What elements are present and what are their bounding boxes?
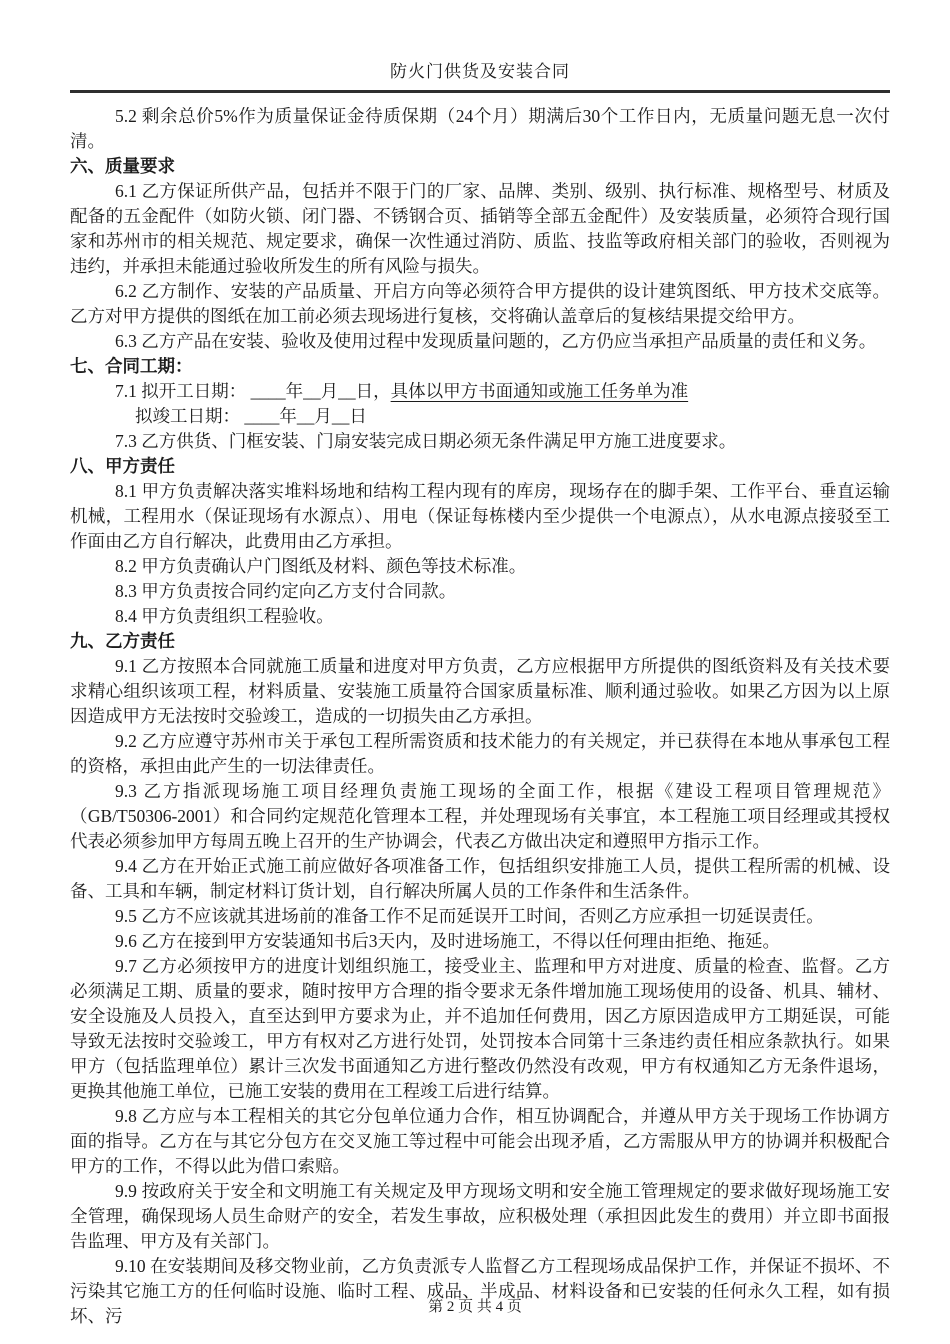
- section-heading-8: 八、甲方责任: [70, 454, 890, 479]
- text-run: 9.9 按政府关于安全和文明施工有关规定及甲方现场文明和安全施工管理规定的要求做…: [70, 1181, 890, 1251]
- contract-page: 防火门供货及安装合同 5.2 剩余总价5%作为质量保证金待质保期（24个月）期满…: [0, 0, 950, 1344]
- clause-6-1: 6.1 乙方保证所供产品，包括并不限于门的厂家、品牌、类别、级别、执行标准、规格…: [70, 179, 890, 279]
- text-run: 9.8 乙方应与本工程相关的其它分包单位通力合作，相互协调配合，并遵从甲方关于现…: [70, 1106, 890, 1176]
- clause-9-6: 9.6 乙方在接到甲方安装通知书后3天内，及时进场施工，不得以任何理由拒绝、拖延…: [70, 929, 890, 954]
- clause-6-3: 6.3 乙方产品在安装、验收及使用过程中发现质量问题的，乙方仍应当承担产品质量的…: [70, 329, 890, 354]
- text-run: 9.5 乙方不应该就其进场前的准备工作不足而延误开工时间，否则乙方应承担一切延误…: [115, 906, 824, 926]
- text-run: 6.3 乙方产品在安装、验收及使用过程中发现质量问题的，乙方仍应当承担产品质量的…: [115, 331, 876, 351]
- clause-9-9: 9.9 按政府关于安全和文明施工有关规定及甲方现场文明和安全施工管理规定的要求做…: [70, 1179, 890, 1254]
- text-run: 5.2 剩余总价5%作为质量保证金待质保期（24个月）期满后30个工作日内，无质…: [70, 106, 890, 151]
- clause-8-3: 8.3 甲方负责按合同约定向乙方支付合同款。: [70, 579, 890, 604]
- text-run: 9.7 乙方必须按甲方的进度计划组织施工，接受业主、监理和甲方对进度、质量的检查…: [70, 956, 890, 1101]
- text-run: 6.2 乙方制作、安装的产品质量、开启方向等必须符合甲方提供的设计建筑图纸、甲方…: [70, 281, 890, 326]
- text-run: 六、质量要求: [70, 156, 175, 176]
- page-content: 防火门供货及安装合同 5.2 剩余总价5%作为质量保证金待质保期（24个月）期满…: [0, 0, 950, 1329]
- text-run: 九、乙方责任: [70, 631, 175, 651]
- text-run: 9.3 乙方指派现场施工项目经理负责施工现场的全面工作，根据《建设工程项目管理规…: [70, 781, 890, 851]
- clause-7-2: 拟竣工日期： ____年__月__日: [70, 404, 890, 429]
- clause-8-2: 8.2 甲方负责确认户门图纸及材料、颜色等技术标准。: [70, 554, 890, 579]
- text-run: 拟竣工日期： ____年__月__日: [135, 406, 367, 426]
- text-run: 8.4 甲方负责组织工程验收。: [115, 606, 334, 626]
- clause-8-4: 8.4 甲方负责组织工程验收。: [70, 604, 890, 629]
- document-title: 防火门供货及安装合同: [70, 60, 890, 84]
- text-run: 6.1 乙方保证所供产品，包括并不限于门的厂家、品牌、类别、级别、执行标准、规格…: [70, 181, 890, 276]
- text-run: 8.3 甲方负责按合同约定向乙方支付合同款。: [115, 581, 456, 601]
- text-run: 8.2 甲方负责确认户门图纸及材料、颜色等技术标准。: [115, 556, 526, 576]
- clause-7-3: 7.3 乙方供货、门框安装、门扇安装完成日期必须无条件满足甲方施工进度要求。: [70, 429, 890, 454]
- document-body: 5.2 剩余总价5%作为质量保证金待质保期（24个月）期满后30个工作日内，无质…: [70, 104, 890, 1329]
- clause-8-1: 8.1 甲方负责解决落实堆料场地和结构工程内现有的库房，现场存在的脚手架、工作平…: [70, 479, 890, 554]
- fill-in-blank-note: 具体以甲方书面通知或施工任务单为准: [391, 381, 689, 401]
- page-header: 防火门供货及安装合同: [70, 60, 890, 93]
- text-run: 9.2 乙方应遵守苏州市关于承包工程所需资质和技术能力的有关规定，并已获得在本地…: [70, 731, 890, 776]
- text-run: 八、甲方责任: [70, 456, 175, 476]
- text-run: 9.1 乙方按照本合同就施工质量和进度对甲方负责，乙方应根据甲方所提供的图纸资料…: [70, 656, 890, 726]
- text-run: 七、合同工期：: [70, 356, 193, 376]
- clause-9-10: 9.10 在安装期间及移交物业前，乙方负责派专人监督乙方工程现场成品保护工作，并…: [70, 1254, 890, 1329]
- header-rule: [70, 90, 890, 93]
- text-run: 8.1 甲方负责解决落实堆料场地和结构工程内现有的库房，现场存在的脚手架、工作平…: [70, 481, 890, 551]
- text-run: 9.6 乙方在接到甲方安装通知书后3天内，及时进场施工，不得以任何理由拒绝、拖延…: [115, 931, 780, 951]
- section-heading-7: 七、合同工期：: [70, 354, 890, 379]
- clause-9-8: 9.8 乙方应与本工程相关的其它分包单位通力合作，相互协调配合，并遵从甲方关于现…: [70, 1104, 890, 1179]
- section-heading-9: 九、乙方责任: [70, 629, 890, 654]
- clause-9-2: 9.2 乙方应遵守苏州市关于承包工程所需资质和技术能力的有关规定，并已获得在本地…: [70, 729, 890, 779]
- page-footer: 第 2 页 共 4 页: [0, 1295, 950, 1316]
- clause-9-7: 9.7 乙方必须按甲方的进度计划组织施工，接受业主、监理和甲方对进度、质量的检查…: [70, 954, 890, 1104]
- text-run: 9.4 乙方在开始正式施工前应做好各项准备工作，包括组织安排施工人员，提供工程所…: [70, 856, 890, 901]
- text-run: 7.1 拟开工日期： ____年__月__日，: [115, 381, 391, 401]
- clause-9-5: 9.5 乙方不应该就其进场前的准备工作不足而延误开工时间，否则乙方应承担一切延误…: [70, 904, 890, 929]
- clause-9-4: 9.4 乙方在开始正式施工前应做好各项准备工作，包括组织安排施工人员，提供工程所…: [70, 854, 890, 904]
- clause-7-1: 7.1 拟开工日期： ____年__月__日，具体以甲方书面通知或施工任务单为准: [70, 379, 890, 404]
- text-run: 7.3 乙方供货、门框安装、门扇安装完成日期必须无条件满足甲方施工进度要求。: [115, 431, 736, 451]
- clause-5-2: 5.2 剩余总价5%作为质量保证金待质保期（24个月）期满后30个工作日内，无质…: [70, 104, 890, 154]
- clause-9-1: 9.1 乙方按照本合同就施工质量和进度对甲方负责，乙方应根据甲方所提供的图纸资料…: [70, 654, 890, 729]
- clause-9-3: 9.3 乙方指派现场施工项目经理负责施工现场的全面工作，根据《建设工程项目管理规…: [70, 779, 890, 854]
- section-heading-6: 六、质量要求: [70, 154, 890, 179]
- clause-6-2: 6.2 乙方制作、安装的产品质量、开启方向等必须符合甲方提供的设计建筑图纸、甲方…: [70, 279, 890, 329]
